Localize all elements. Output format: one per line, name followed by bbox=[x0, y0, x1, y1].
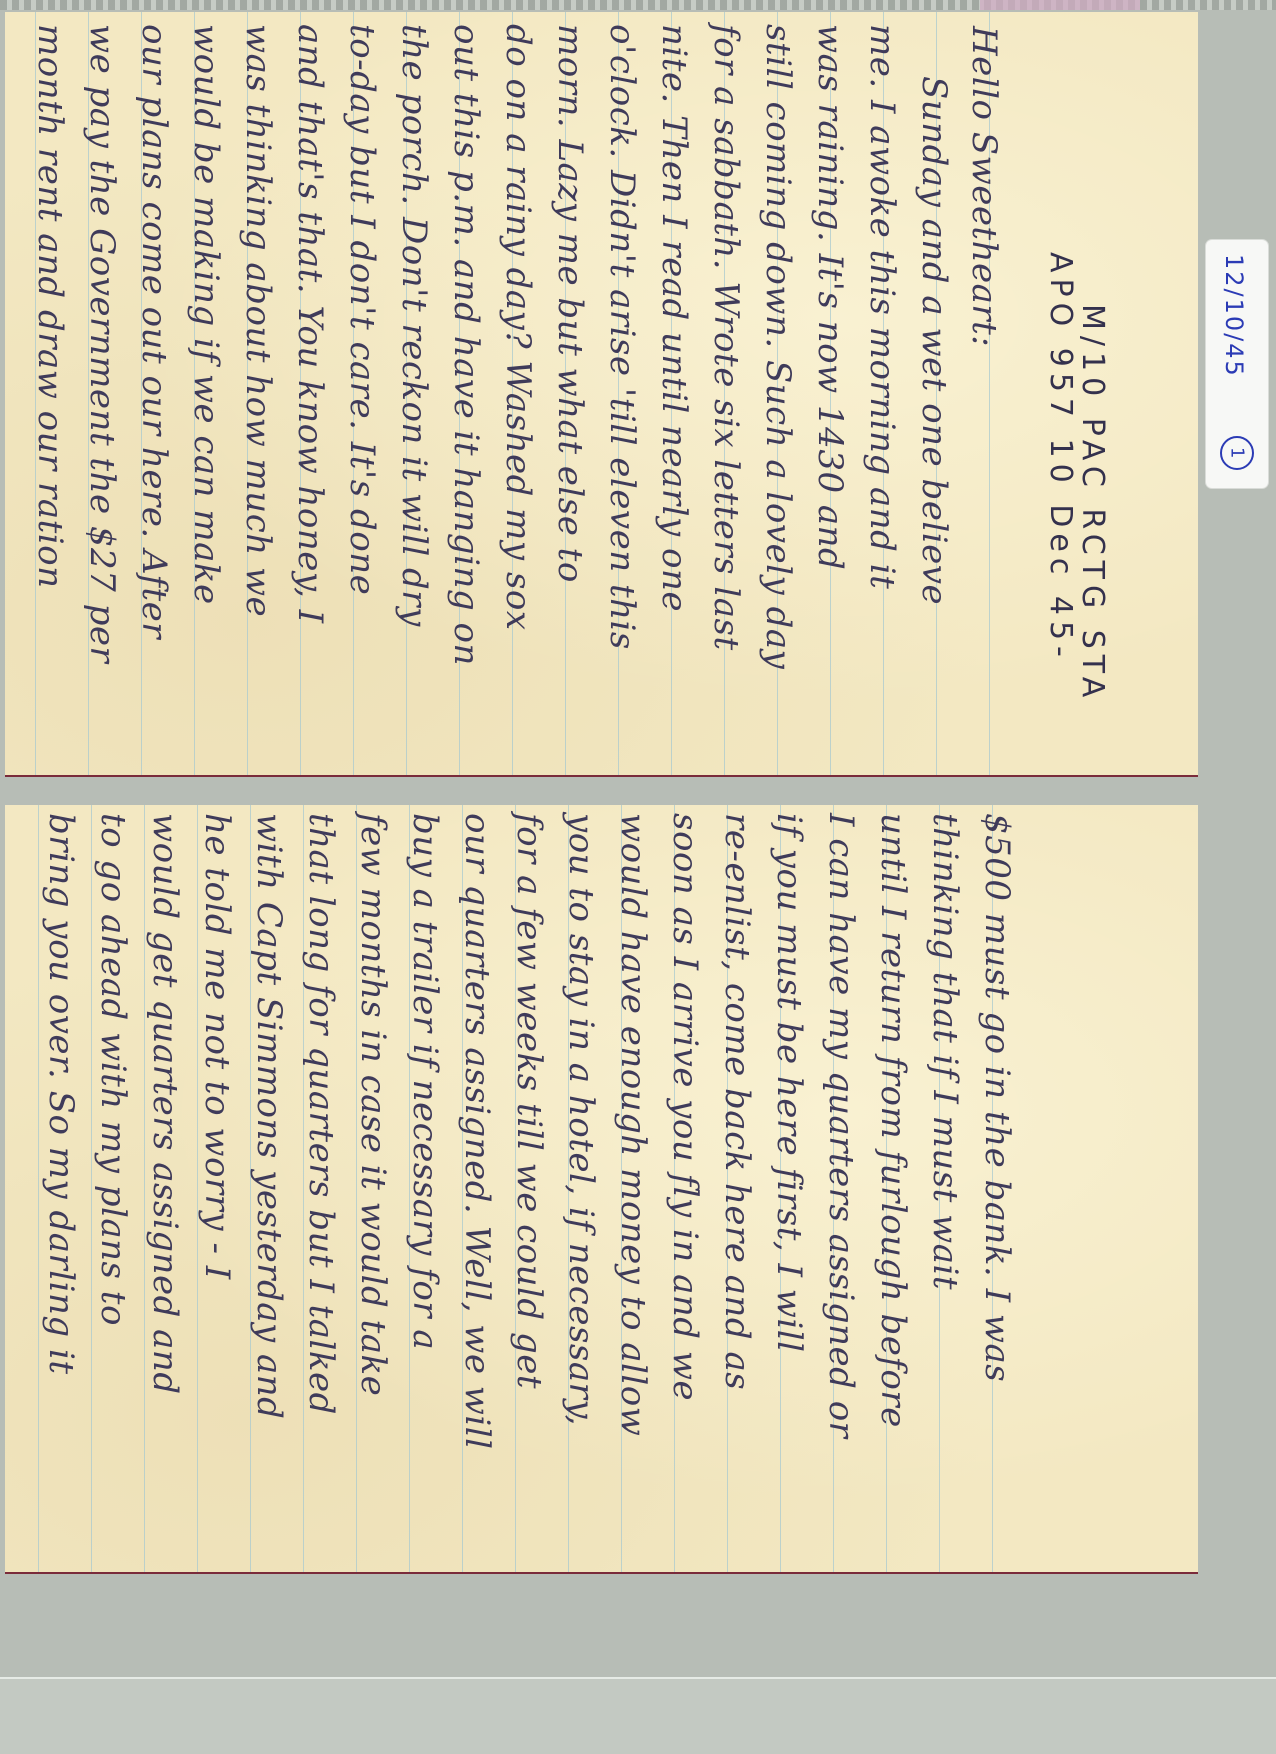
letter-line: he told me not to worry - I bbox=[200, 813, 234, 1280]
letter-line: buy a trailer if necessary for a bbox=[408, 813, 442, 1350]
letter-line: still coming down. Such a lovely day bbox=[761, 24, 795, 669]
letter-line: morn. Lazy me but what else to bbox=[553, 24, 587, 583]
letter-line: I can have my quarters assigned or bbox=[824, 813, 858, 1438]
letter-address: M/10 PAC RCTG STA bbox=[1077, 304, 1107, 703]
ruled-line bbox=[38, 805, 39, 1572]
label-date: 12/10/45 bbox=[1220, 254, 1248, 378]
letter-line: with Capt Simmons yesterday and bbox=[252, 813, 286, 1419]
letter-line: until I return from furlough before bbox=[876, 813, 910, 1428]
letter-line: if you must be here first, I will bbox=[772, 813, 806, 1353]
letter-line: nite. Then I read until nearly one bbox=[657, 24, 691, 612]
letter-line: was raining. It's now 1430 and bbox=[813, 24, 847, 570]
letter-line: Sunday and a wet one believe bbox=[917, 76, 951, 605]
letter-line: you to stay in a hotel, if necessary, bbox=[564, 813, 598, 1426]
letter-line: to-day but I don't care. It's done bbox=[345, 24, 379, 595]
letter-line: bring you over. So my darling it bbox=[44, 813, 78, 1375]
letter-line: $500 must go in the bank. I was bbox=[980, 813, 1014, 1382]
letter-line: that long for quarters but I talked bbox=[304, 813, 338, 1415]
letter-line: thinking that if I must wait bbox=[928, 813, 962, 1290]
letter-page-1: M/10 PAC RCTG STA APO 957 10 Dec 45- Hel… bbox=[5, 12, 1198, 775]
letter-page-2: $500 must go in the bank. I was thinking… bbox=[5, 805, 1198, 1572]
letter-line: to go ahead with my plans to bbox=[96, 813, 130, 1326]
letter-line: out this p.m. and have it hanging on bbox=[449, 24, 483, 666]
sleeve-lower-area bbox=[0, 1679, 1276, 1754]
letter-line: would be making if we can make bbox=[189, 24, 223, 605]
letter-line: we pay the Government the $27 per bbox=[85, 24, 119, 663]
letter-line: me. I awoke this morning and it bbox=[865, 24, 899, 589]
letter-line: would get quarters assigned and bbox=[148, 813, 182, 1395]
letter-line: the porch. Don't reckon it will dry bbox=[397, 24, 431, 627]
letter-line: for a few weeks till we could get bbox=[512, 813, 546, 1389]
letter-line: was thinking about how much we bbox=[241, 24, 275, 617]
letter-line: do on a rainy day? Washed my sox bbox=[501, 24, 535, 631]
letter-line: our plans come out our here. After bbox=[137, 24, 171, 639]
scanner-edge bbox=[0, 0, 1276, 10]
ruled-line bbox=[91, 805, 92, 1572]
letter-line: re-enlist, come back here and as bbox=[720, 813, 754, 1390]
letter-line: o'clock. Didn't arise 'till eleven this bbox=[605, 24, 639, 650]
letter-line: few months in case it would take bbox=[356, 813, 390, 1396]
letter-date: APO 957 10 Dec 45- bbox=[1045, 252, 1075, 663]
archive-label: 12/10/45 1 bbox=[1206, 240, 1268, 488]
letter-salutation: Hello Sweetheart: bbox=[967, 26, 1001, 347]
letter-line: our quarters assigned. Well, we will bbox=[460, 813, 494, 1450]
letter-line: for a sabbath. Wrote six letters last bbox=[709, 24, 743, 651]
letter-line: would have enough money to allow bbox=[616, 813, 650, 1436]
letter-line: and that's that. You know honey, I bbox=[293, 24, 327, 624]
letter-line: soon as I arrive you fly in and we bbox=[668, 813, 702, 1401]
letter-line: month rent and draw our ration bbox=[33, 24, 67, 589]
label-page-number: 1 bbox=[1220, 436, 1254, 470]
